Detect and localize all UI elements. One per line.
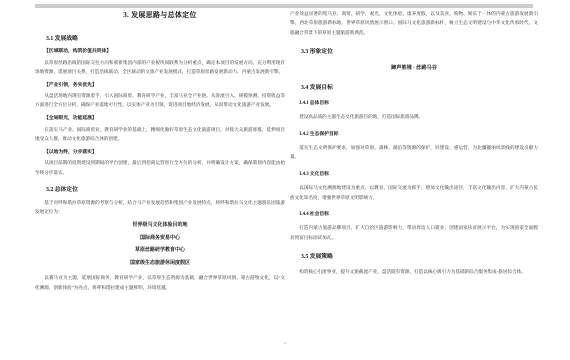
chapter-title: 3. 发展思路与总体定位 — [35, 10, 285, 20]
positioning-line-4: 国家级生态旅游休闲度假区 — [35, 258, 285, 271]
goal-heading-overall: 3.4.1 总体目标 — [290, 99, 538, 106]
strategy-heading-4: 【以始为终，分步落实】 — [35, 148, 285, 155]
goal-heading-society: 3.4.4 社会目标 — [290, 210, 538, 217]
image-positioning-slogan: 蹄声胜境 · 丝路马谷 — [290, 63, 538, 73]
positioning-line-2: 国际商务贸易中心 — [35, 233, 285, 246]
goal-paragraph-society: 打造内蒙古旅游品牌项目，扩大自治区旅游影响力，带动周边人口就业；创建国家扶贫展示… — [290, 223, 538, 242]
page-number: 11 — [0, 341, 570, 345]
goal-heading-culture: 3.4.3 文化目标 — [290, 170, 538, 177]
strategy-heading-1: 【区域联动，构筑价值共同体】 — [35, 47, 285, 54]
strategy-paragraph-4: 从项目前期的投资建设到期间的平台创建，最后到招商运营进行全方位的分析，并明确设计… — [35, 158, 285, 177]
goal-paragraph-culture: 以国际马文化溯源地建设为重点，以教育、国际交流为抓手，增加文化输出途径，丰富文化… — [290, 183, 538, 202]
goal-paragraph-ecology: 落实生态文明保护要求，加强对草原、森林、湖泊等资源的保护，轻建设、重运营，为北疆… — [290, 143, 538, 162]
document-spread: 3. 发展思路与总体定位 3.1 发展战略 【区域联动，构筑价值共同体】 以草原… — [0, 0, 570, 360]
positioning-line-3: 草原丝路研学教育中心 — [35, 245, 285, 258]
continued-paragraph: 产业效益显著的集马业、商贸、研学、观光、文化体验、康养度假，以及美食、购物、娱乐… — [290, 9, 538, 37]
strategy-heading-3: 【全局眼光，功能延展】 — [35, 114, 285, 121]
document-page-right: 产业效益显著的集马业、商贸、研学、观光、文化体验、康养度假，以及美食、购物、娱乐… — [290, 0, 538, 352]
section-heading-3-3: 3.3 形象定位 — [290, 46, 538, 55]
strategy-paragraph-2: 从盘活场地内现有资源着手，引入国际商贸、教育研学产业，丰富马业全产业链。从客流引… — [35, 91, 285, 110]
goal-heading-ecology: 3.4.2 生态保护目标 — [290, 130, 538, 137]
section-heading-3-1: 3.1 发展战略 — [35, 33, 285, 42]
section-heading-3-2: 3.2 总体定位 — [35, 184, 285, 193]
positioning-line-1: 世界级马文化体验目的地 — [35, 220, 285, 233]
goal-paragraph-overall: 建设高品质的主题生态文化旅游目的地，打造国际旅游品牌。 — [290, 112, 538, 121]
positioning-closing-paragraph: 以赛马业为主题，延展国际商务、教育研学产业，以草原生态资源为基础，融合世界草原风… — [35, 273, 285, 292]
strategy-paragraph-3: 在落实马产业、国际商贸业、教育研学业的基础上，精细化做好草原生态文化旅游项目，对… — [35, 125, 285, 144]
document-page-left: 3. 发展思路与总体定位 3.1 发展战略 【区域联动，构筑价值共同体】 以草原… — [35, 0, 285, 352]
strategy-paragraph-1: 以草原丝路沿线的国际交往方向和蒙新集团内部的产业板块间联系为分析重点，确定本项目… — [35, 58, 285, 77]
strategy-heading-2: 【产业引领，务实优先】 — [35, 81, 285, 88]
section-heading-3-5: 3.5 发展策略 — [290, 251, 538, 260]
positioning-statements: 世界级马文化体验目的地 国际商务贸易中心 草原丝路研学教育中心 国家级生态旅游休… — [35, 220, 285, 270]
section-heading-3-4: 3.4 发展目标 — [290, 82, 538, 91]
positioning-intro-paragraph: 基于对呼和塔拉草原资源的考察与分析，结合马产业发展趋势和集团产业发展特点，将呼和… — [35, 198, 285, 217]
strategy-summary-paragraph: 构筑核心引流事业，提升文旅截流产业，盘活既有资源，打造以核心吸引力为基础的综合服… — [290, 267, 538, 276]
